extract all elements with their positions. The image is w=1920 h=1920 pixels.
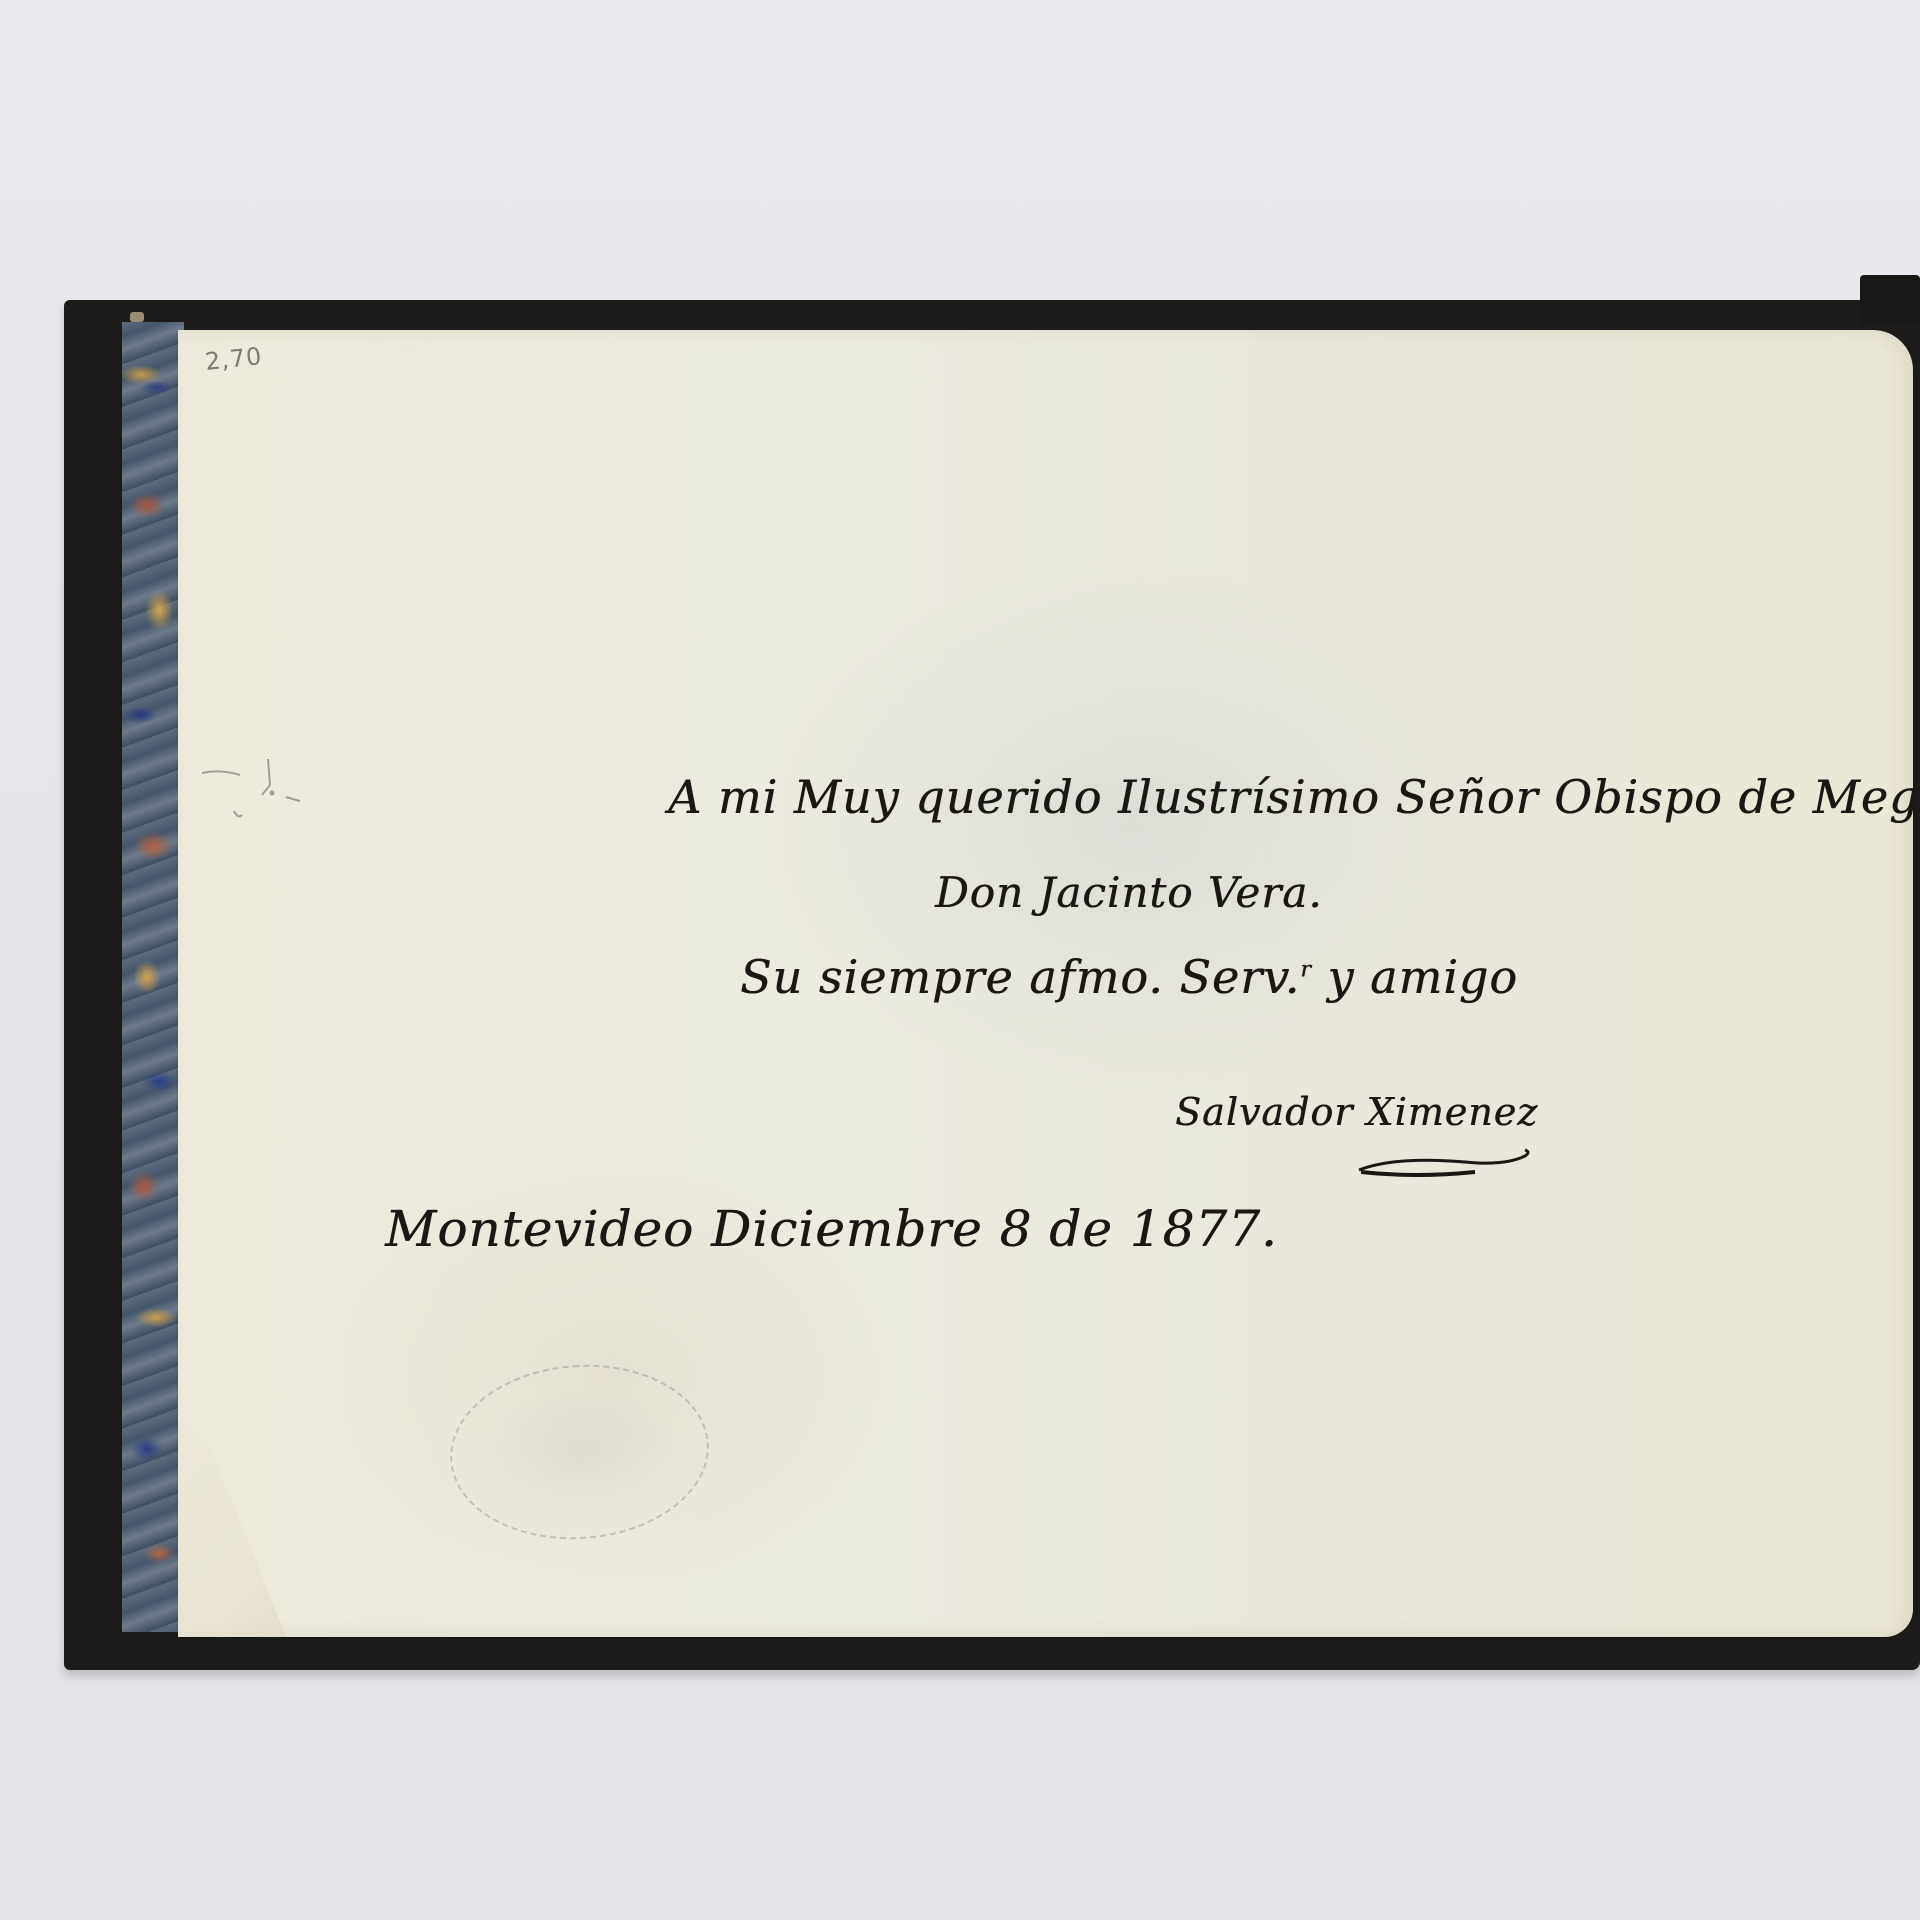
cover-wear-spot [130, 312, 144, 322]
place-and-date: Montevideo Diciembre 8 de 1877. [385, 1200, 1278, 1258]
dedication-line-3-superscript: r [1300, 958, 1312, 983]
archive-pencil-number: 2,70 [204, 342, 264, 376]
dedication-line-2: Don Jacinto Vera. [935, 868, 1323, 917]
stamp-inner [476, 1382, 683, 1522]
dedication-line-1: A mi Muy querido Ilustrísimo Señor Obisp… [668, 770, 1920, 824]
album-cover-corner [1860, 275, 1920, 325]
dedication-line-3: Su siempre afmo. Serv.r y amigo [740, 950, 1518, 1004]
signature-flourish [1355, 1148, 1535, 1180]
page-fold-crease [178, 1410, 358, 1637]
dedication-line-3-main: Su siempre afmo. Serv. [740, 950, 1300, 1004]
dedication-line-3-end: y amigo [1312, 950, 1518, 1004]
marbled-endpaper [122, 322, 184, 1632]
photo-scene: 2,70 A mi Muy querido Ilustrísimo Señor … [0, 0, 1920, 1920]
ink-smudge-mark [190, 745, 300, 825]
signature: Salvador Ximenez [1175, 1090, 1538, 1134]
